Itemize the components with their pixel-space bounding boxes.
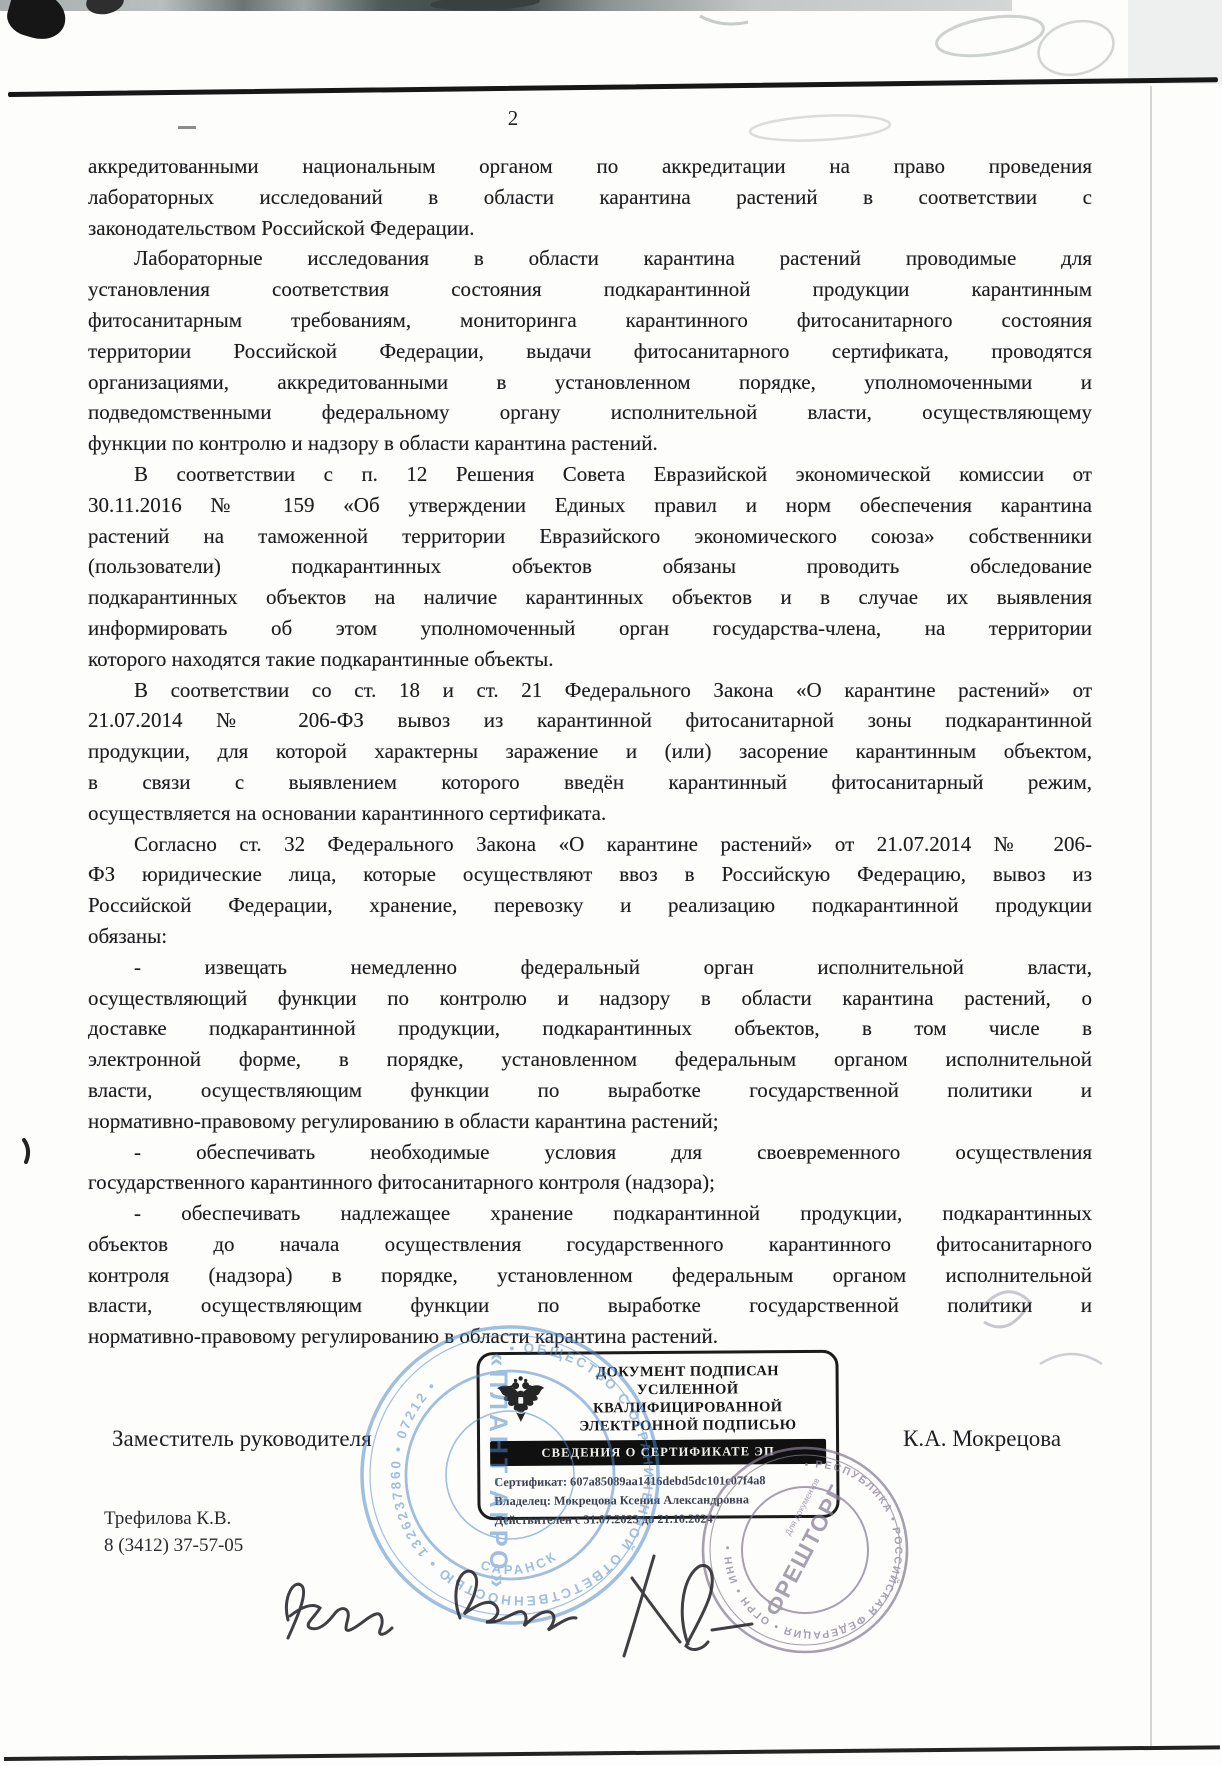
text-line: Лабораторные исследования в области кара… [88, 243, 1092, 274]
scan-ink-blob [3, 0, 71, 45]
text-line: (пользователи) подкарантинных объектов о… [88, 551, 1092, 582]
executor-phone: 8 (3412) 37-57-05 [104, 1535, 243, 1557]
text-line: 21.07.2014 № 206-ФЗ вывоз из карантинной… [88, 705, 1092, 736]
text-line: В соответствии с п. 12 Решения Совета Ев… [88, 459, 1092, 490]
text-line: 30.11.2016 № 159 «Об утверждении Единых … [88, 490, 1092, 521]
text-line: функции по контролю и надзору в области … [88, 428, 1092, 459]
text-line: Российской Федерации, хранение, перевозк… [88, 890, 1092, 921]
paragraph: - извещать немедленно федеральный орган … [88, 952, 1092, 1137]
text-line: установления соответствия состояния подк… [88, 274, 1092, 305]
text-line: фитосанитарным требованиям, мониторинга … [88, 305, 1092, 336]
scan-page-bottom-edge [4, 1745, 1220, 1761]
scan-corner-shade [1128, 0, 1222, 84]
text-line: осуществляется на основании карантинного… [88, 798, 1092, 829]
text-line: - обеспечивать надлежащее хранение подка… [88, 1198, 1092, 1229]
text-line: аккредитованными национальным органом по… [88, 151, 1092, 182]
text-line: ФЗ юридические лица, которые осуществляю… [88, 859, 1092, 890]
executor-name: Трефилова К.В. [104, 1508, 231, 1530]
text-line: обязаны: [88, 921, 1092, 952]
scan-page-top-edge [8, 77, 1218, 97]
text-line: территории Российской Федерации, выдачи … [88, 336, 1092, 367]
text-line: продукции, для которой характерны зараже… [88, 736, 1092, 767]
scanned-page: 2 аккредитованными национальным органом … [0, 0, 1222, 1766]
text-line: подведомственными федеральному органу ис… [88, 397, 1092, 428]
paragraph: Согласно ст. 32 Федерального Закона «О к… [88, 829, 1092, 952]
paragraph: аккредитованными национальным органом по… [88, 151, 1092, 243]
text-line: осуществляющий функции по контролю и над… [88, 983, 1092, 1014]
paragraph: Лабораторные исследования в области кара… [88, 243, 1092, 459]
scan-page-right-edge [1150, 86, 1152, 1746]
paragraph: В соответствии со ст. 18 и ст. 21 Федера… [88, 675, 1092, 829]
text-line: Согласно ст. 32 Федерального Закона «О к… [88, 829, 1092, 860]
text-line: информировать об этом уполномоченный орг… [88, 613, 1092, 644]
paragraph: - обеспечивать необходимые условия для с… [88, 1137, 1092, 1199]
document-body: аккредитованными национальным органом по… [88, 151, 1092, 1352]
text-line: В соответствии со ст. 18 и ст. 21 Федера… [88, 675, 1092, 706]
text-line: в связи с выявлением которого введён кар… [88, 767, 1092, 798]
text-line: власти, осуществляющим функции по вырабо… [88, 1075, 1092, 1106]
text-line: электронной форме, в порядке, установлен… [88, 1044, 1092, 1075]
text-line: государственного карантинного фитосанита… [88, 1167, 1092, 1198]
paragraph: В соответствии с п. 12 Решения Совета Ев… [88, 459, 1092, 675]
text-line: объектов до начала осуществления государ… [88, 1229, 1092, 1260]
text-line: организациями, аккредитованными в устано… [88, 367, 1092, 398]
text-line: которого находятся такие подкарантинные … [88, 644, 1092, 675]
text-line: доставке подкарантинной продукции, подка… [88, 1013, 1092, 1044]
page-number: 2 [498, 106, 528, 131]
text-line: - извещать немедленно федеральный орган … [88, 952, 1092, 983]
text-line: контроля (надзора) в порядке, установлен… [88, 1260, 1092, 1291]
text-line: нормативно-правовому регулированию в обл… [88, 1106, 1092, 1137]
text-line: лабораторных исследований в области кара… [88, 182, 1092, 213]
text-line: - обеспечивать необходимые условия для с… [88, 1137, 1092, 1168]
signer-position: Заместитель руководителя [112, 1426, 372, 1452]
text-line: законодательством Российской Федерации. [88, 213, 1092, 244]
handwritten-copy-note-and-signature [250, 1520, 790, 1710]
text-line: растений на таможенной территории Еврази… [88, 521, 1092, 552]
text-line: подкарантинных объектов на наличие каран… [88, 582, 1092, 613]
